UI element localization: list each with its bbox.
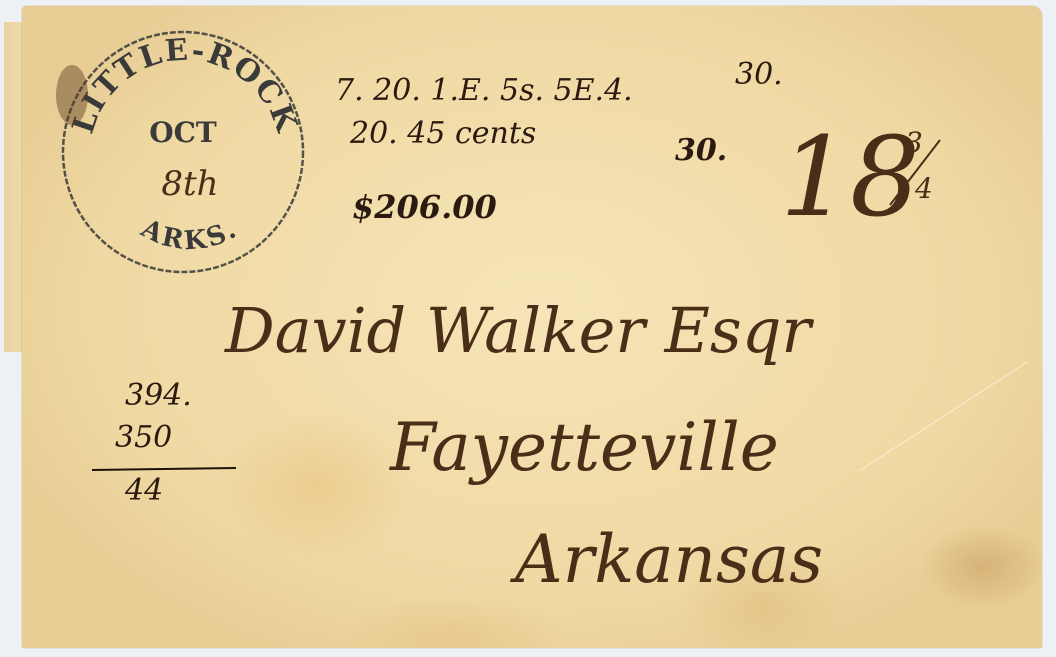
address-name: David Walker Esqr: [224, 294, 814, 367]
postmark-day: 8th: [161, 164, 218, 204]
calc-rule: [92, 468, 236, 470]
address-block: David Walker Esqr Fayetteville Arkansas: [224, 294, 823, 598]
notation-line-2: 20. 45 cents: [349, 116, 536, 151]
rate-main: 18: [780, 113, 920, 241]
cover-scan: LITTLE-ROCK ARKS. OCT 8th 7. 20. 1.E. 5s…: [0, 0, 1056, 657]
calc-minus: 350: [115, 420, 172, 455]
postage-rate: 18 3 4: [780, 113, 940, 241]
notation-30-mid: 30.: [675, 133, 727, 168]
address-state: Arkansas: [509, 521, 823, 598]
postmark-state: ARKS.: [135, 213, 243, 256]
margin-calculation: 394. 350 44: [92, 378, 236, 508]
postmark: LITTLE-ROCK ARKS. OCT 8th: [56, 32, 304, 272]
rate-fraction-num: 3: [905, 126, 923, 159]
calc-top: 394.: [125, 378, 192, 413]
postmark-month: OCT: [149, 116, 217, 149]
ink-layer: LITTLE-ROCK ARKS. OCT 8th 7. 20. 1.E. 5s…: [0, 0, 1056, 657]
address-city: Fayetteville: [389, 409, 779, 486]
notation-30-top: 30.: [735, 57, 783, 92]
ink-smudge: [56, 65, 88, 125]
notation-line-3: $206.00: [352, 188, 497, 226]
notation-line-1: 7. 20. 1.E. 5s. 5E.4.: [335, 73, 633, 108]
rate-fraction-den: 4: [914, 172, 933, 205]
calc-result: 44: [124, 473, 163, 508]
